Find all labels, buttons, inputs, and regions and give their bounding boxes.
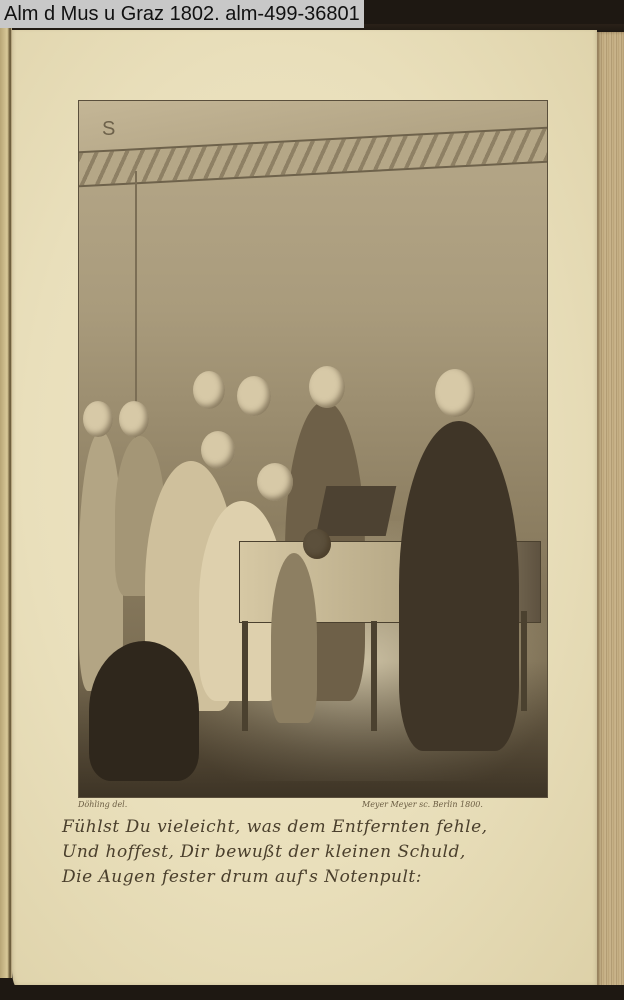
boy-head <box>303 529 331 559</box>
artist-credit: Döhling del. <box>78 800 127 809</box>
piano-leg <box>521 611 527 711</box>
girl-second-head <box>119 401 149 437</box>
plate-mark: S <box>102 118 115 141</box>
caption-line: Die Augen fester drum auf's Notenpult: <box>62 865 552 890</box>
seated-woman-head <box>257 463 293 501</box>
piano-leg <box>242 621 248 731</box>
image-id-label: Alm d Mus u Graz 1802. alm-499-36801 <box>0 0 364 28</box>
leaning-woman-head <box>201 431 235 469</box>
music-stand <box>316 486 397 536</box>
engraver-credit: Meyer Meyer sc. Berlin 1800. <box>362 800 483 809</box>
standing-man-head <box>435 369 475 417</box>
foreground-dark-figure <box>89 641 199 781</box>
page-fore-edge <box>597 32 624 994</box>
old-man-head <box>193 371 225 409</box>
girl-left-head <box>83 401 113 437</box>
man-arms-crossed-head <box>309 366 345 408</box>
boy-figure <box>271 553 317 723</box>
previous-page-edge <box>0 28 12 978</box>
piano-leg <box>371 621 377 731</box>
standing-man-figure <box>399 421 519 751</box>
scan-bottom-shadow <box>0 985 624 1000</box>
caption-line: Fühlst Du vieleicht, was dem Entfernten … <box>62 815 552 840</box>
old-woman-head <box>237 376 271 416</box>
caption-line: Und hoffest, Dir bewußt der kleinen Schu… <box>62 840 552 865</box>
verse-caption: Fühlst Du vieleicht, was dem Entfernten … <box>62 815 552 890</box>
book-scan: S Döhling del. Meyer Meyer sc. Berlin 18… <box>0 0 624 1000</box>
engraving-illustration <box>78 100 548 798</box>
